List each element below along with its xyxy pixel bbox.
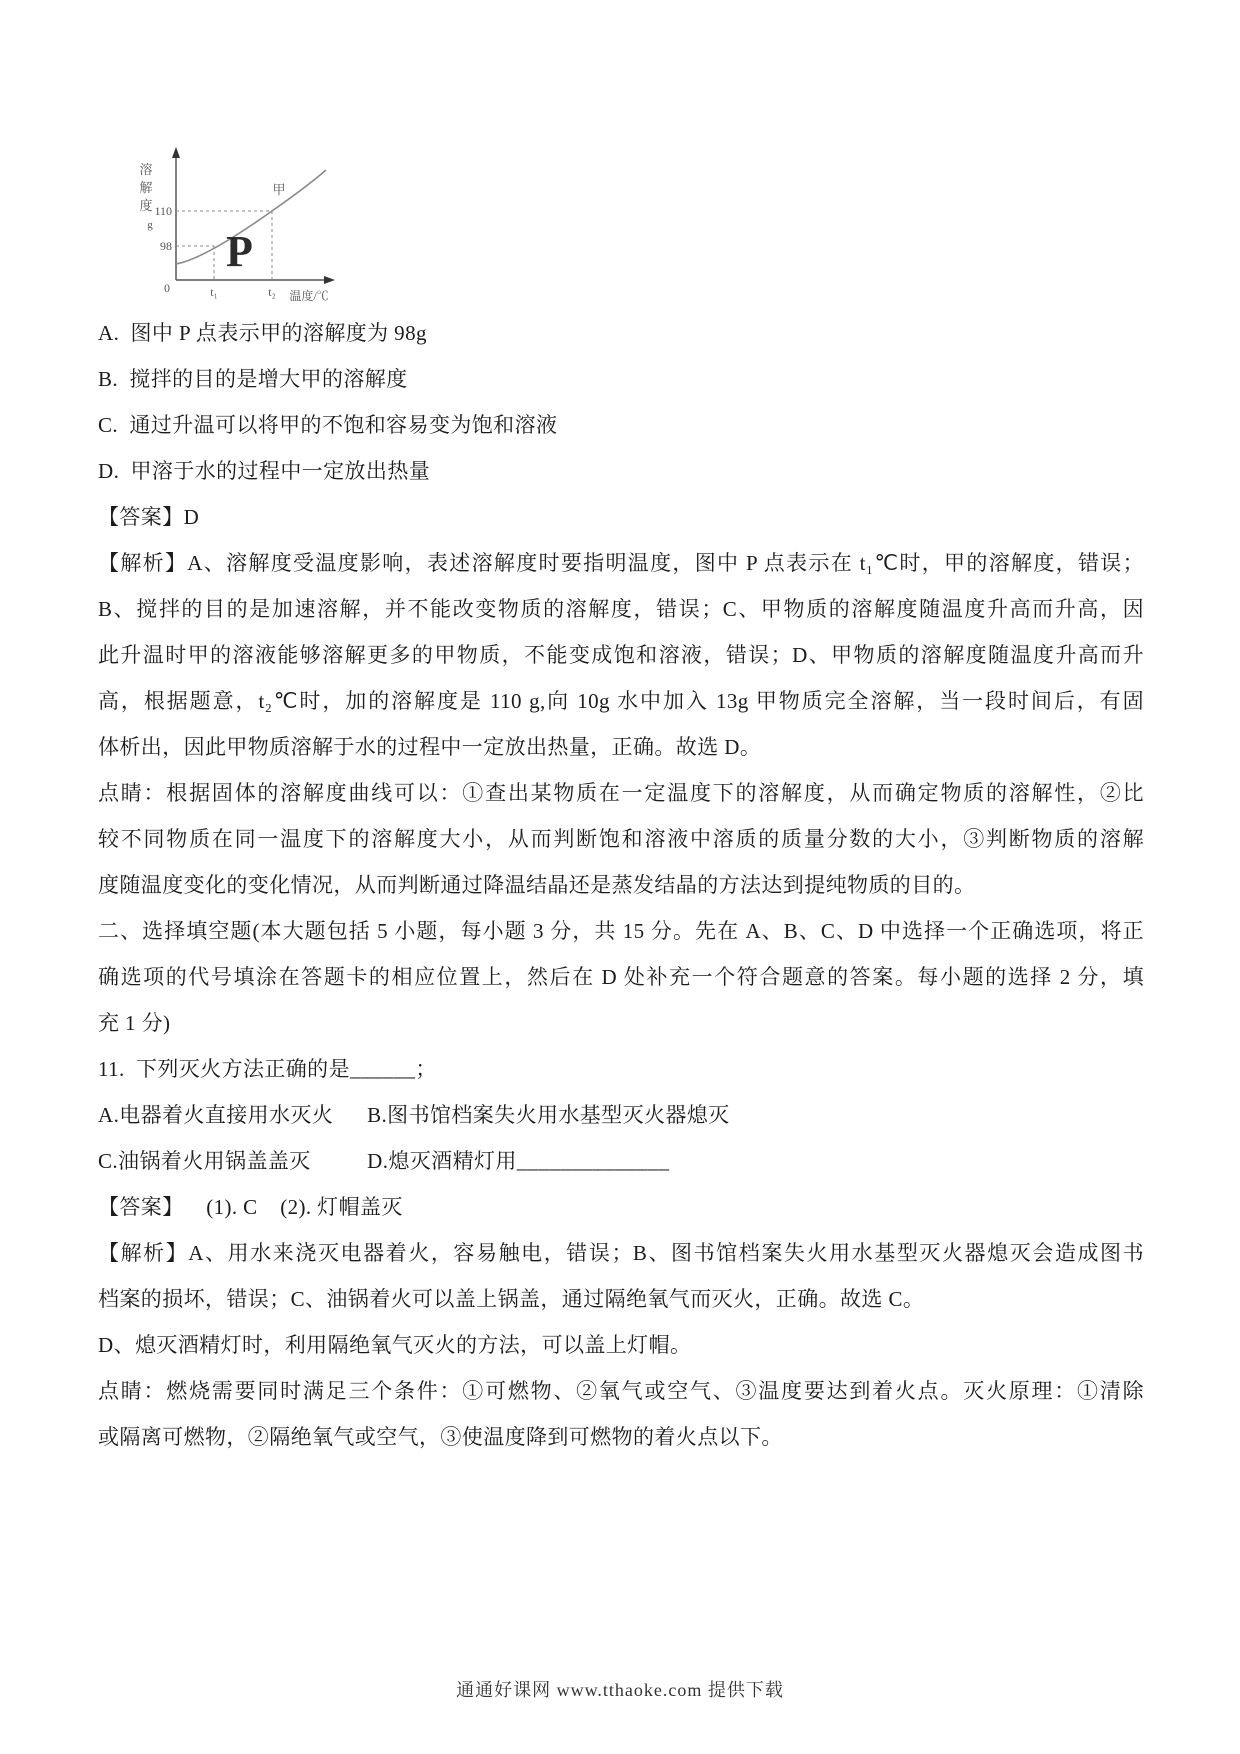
q11-analysis-line-2: 档案的损坏，错误；C、油锅着火可以盖上锅盖，通过隔绝氧气而灭火，正确。故选 C。: [98, 1276, 1144, 1322]
q10-analysis-line-1: 【解析】A、溶解度受温度影响，表述溶解度时要指明温度，图中 P 点表示在 t₁℃…: [98, 540, 1144, 586]
y-axis-label-char-1: 溶: [139, 162, 152, 177]
solubility-chart-svg: 溶 解 度 g 110 98 甲 P 0 t₁ t₂ 温度/℃: [126, 144, 366, 314]
y-axis-arrow-icon: [172, 147, 180, 158]
solubility-curve-figure: 溶 解 度 g 110 98 甲 P 0 t₁ t₂ 温度/℃: [126, 144, 366, 314]
x-tick-origin: 0: [164, 281, 170, 295]
q10-option-d: D. 甲溶于水的过程中一定放出热量: [98, 448, 1144, 494]
q10-analysis-line-2: B、搅拌的目的是加速溶解，并不能改变物质的溶解度，错误；C、甲物质的溶解度随温度…: [98, 586, 1144, 632]
x-axis-label: 温度/℃: [289, 288, 328, 303]
y-tick-98: 98: [160, 239, 172, 253]
document-body: A. 图中 P 点表示甲的溶解度为 98g B. 搅拌的目的是增大甲的溶解度 C…: [98, 310, 1144, 1460]
x-axis-arrow-icon: [324, 276, 335, 284]
q10-analysis-line-4: 高，根据题意，t₂℃时，加的溶解度是 110 g,向 10g 水中加入 13g …: [98, 678, 1144, 724]
q10-tip-line-2: 较不同物质在同一温度下的溶解度大小，从而判断饱和溶液中溶质的质量分数的大小，③判…: [98, 816, 1144, 862]
q11-stem: 11. 下列灭火方法正确的是______；: [98, 1046, 1144, 1092]
section2-header-line-2: 确选项的代号填涂在答题卡的相应位置上，然后在 D 处补充一个符合题意的答案。每小…: [98, 954, 1144, 1000]
q11-analysis-line-3: D、熄灭酒精灯时，利用隔绝氧气灭火的方法，可以盖上灯帽。: [98, 1322, 1144, 1368]
q11-answer: 【答案】 (1). C (2). 灯帽盖灭: [98, 1184, 1144, 1230]
curve-label: 甲: [272, 182, 285, 197]
point-p-label: P: [226, 227, 253, 276]
y-axis-label-char-2: 解: [139, 180, 152, 195]
q11-tip-line-2: 或隔离可燃物，②隔绝氧气或空气，③使温度降到可燃物的着火点以下。: [98, 1414, 1144, 1460]
q11-analysis-line-1: 【解析】A、用水来浇灭电器着火，容易触电，错误；B、图书馆档案失火用水基型灭火器…: [98, 1230, 1144, 1276]
q11-options-a-b: A.电器着火直接用水灭火 B.图书馆档案失火用水基型灭火器熄灭: [98, 1092, 1144, 1138]
q10-option-b: B. 搅拌的目的是增大甲的溶解度: [98, 356, 1144, 402]
q10-tip-line-1: 点睛：根据固体的溶解度曲线可以：①查出某物质在一定温度下的溶解度，从而确定物质的…: [98, 770, 1144, 816]
footer-watermark: 通通好课网 www.tthaoke.com 提供下载: [0, 1676, 1240, 1702]
q10-tip-line-3: 度随温度变化的变化情况，从而判断通过降温结晶还是蒸发结晶的方法达到提纯物质的目的…: [98, 862, 1144, 908]
q11-tip-line-1: 点睛：燃烧需要同时满足三个条件：①可燃物、②氧气或空气、③温度要达到着火点。灭火…: [98, 1368, 1144, 1414]
y-axis-label-char-3: 度: [139, 198, 152, 213]
q10-analysis-line-5: 体析出，因此甲物质溶解于水的过程中一定放出热量，正确。故选 D。: [98, 724, 1144, 770]
section2-header-line-1: 二、选择填空题(本大题包括 5 小题，每小题 3 分，共 15 分。先在 A、B…: [98, 908, 1144, 954]
q10-option-a: A. 图中 P 点表示甲的溶解度为 98g: [98, 310, 1144, 356]
y-tick-110: 110: [154, 204, 172, 218]
q10-answer: 【答案】D: [98, 494, 1144, 540]
x-tick-t2: t₂: [268, 285, 276, 299]
q11-options-c-d: C.油锅着火用锅盖盖灭 D.熄灭酒精灯用______________: [98, 1138, 1144, 1184]
q10-analysis-line-3: 此升温时甲的溶液能够溶解更多的甲物质，不能变成饱和溶液，错误；D、甲物质的溶解度…: [98, 632, 1144, 678]
x-tick-t1: t₁: [210, 285, 218, 299]
section2-header-line-3: 充 1 分): [98, 1000, 1144, 1046]
y-axis-label-unit: g: [147, 219, 153, 231]
q10-option-c: C. 通过升温可以将甲的不饱和容易变为饱和溶液: [98, 402, 1144, 448]
